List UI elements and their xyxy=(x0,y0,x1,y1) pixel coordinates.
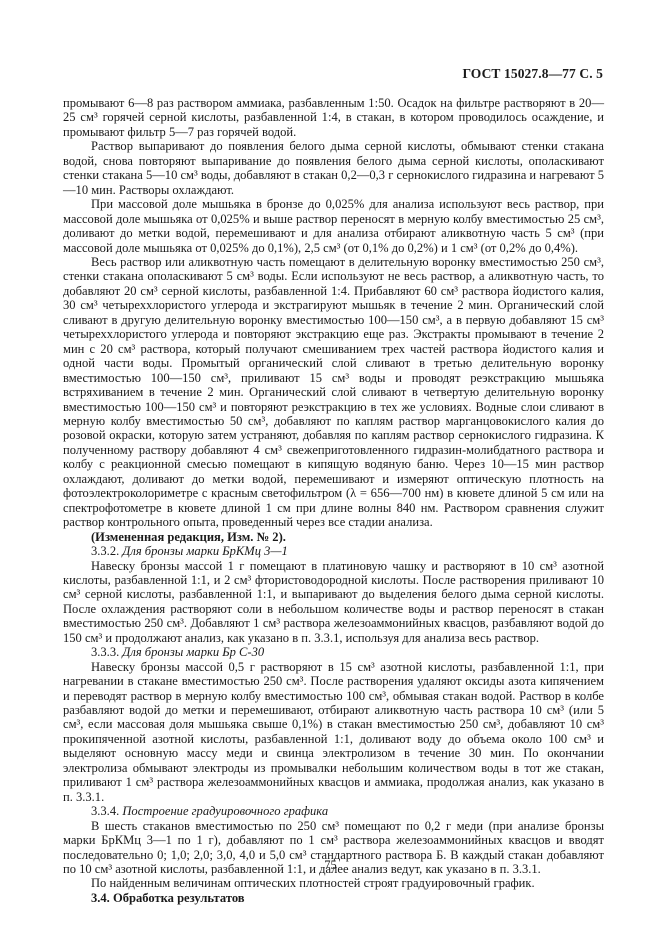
section-title: Построение градуировочного графика xyxy=(122,804,328,818)
page-number: 75 xyxy=(0,858,661,873)
page-header: ГОСТ 15027.8—77 С. 5 xyxy=(462,66,603,82)
document-body: промывают 6—8 раз раствором аммиака, раз… xyxy=(63,96,604,905)
amendment-note: (Измененная редакция, Изм. № 2). xyxy=(63,530,604,544)
section-number: 3.3.4. xyxy=(91,804,119,818)
paragraph: Раствор выпаривают до появления белого д… xyxy=(63,139,604,197)
section-heading: 3.3.2. Для бронзы марки БрКМц 3—1 xyxy=(63,544,604,558)
paragraph: При массовой доле мышьяка в бронзе до 0,… xyxy=(63,197,604,255)
section-number: 3.3.2. xyxy=(91,544,119,558)
section-heading-results: 3.4. Обработка результатов xyxy=(63,891,604,905)
paragraph: Навеску бронзы массой 0,5 г растворяют в… xyxy=(63,660,604,805)
paragraph: По найденным величинам оптических плотно… xyxy=(63,876,604,890)
section-title: Для бронзы марки БрКМц 3—1 xyxy=(122,544,287,558)
section-number: 3.3.3. xyxy=(91,645,119,659)
document-page: ГОСТ 15027.8—77 С. 5 промывают 6—8 раз р… xyxy=(0,0,661,936)
section-heading: 3.3.3. Для бронзы марки Бр С-30 xyxy=(63,645,604,659)
paragraph: промывают 6—8 раз раствором аммиака, раз… xyxy=(63,96,604,139)
section-heading: 3.3.4. Построение градуировочного график… xyxy=(63,804,604,818)
paragraph: Весь раствор или аликвотную часть помеща… xyxy=(63,255,604,530)
section-title: Для бронзы марки Бр С-30 xyxy=(122,645,264,659)
paragraph: Навеску бронзы массой 1 г помещают в пла… xyxy=(63,559,604,646)
